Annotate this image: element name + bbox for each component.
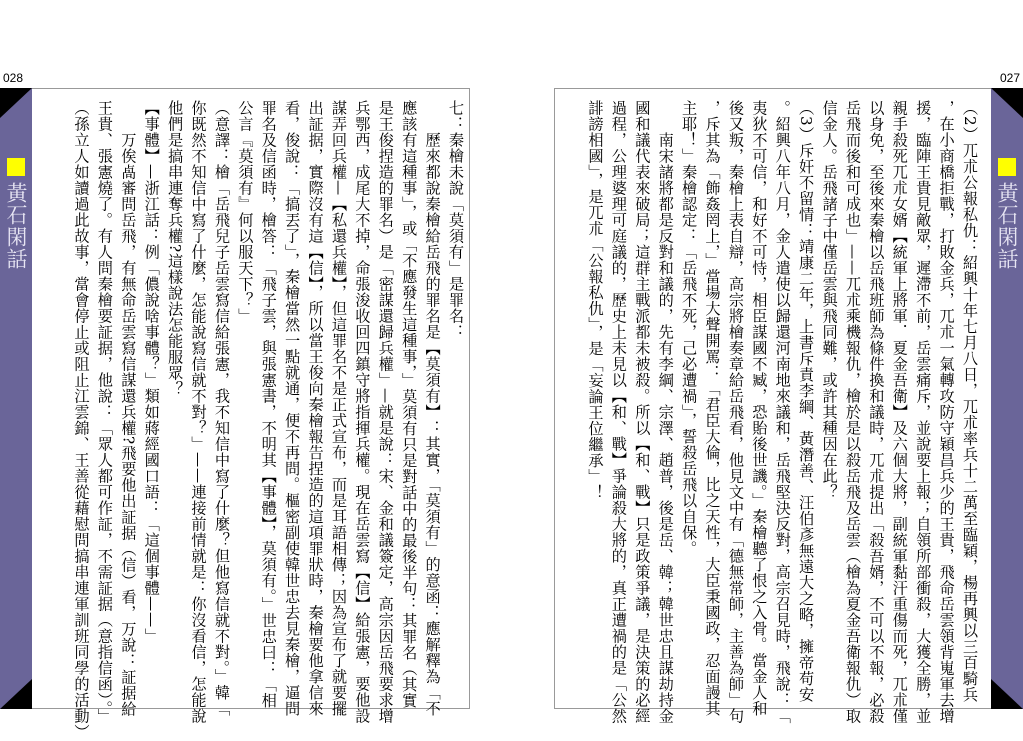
chapter-band-left: 黃石閑話 xyxy=(0,88,32,709)
left-page-text: 七：秦檜未說「莫須有」是罪名： 歷來都說秦檜給岳飛的罪名是【莫須有】：其實，「莫… xyxy=(69,100,467,705)
corner-triangle-bottom xyxy=(0,679,32,709)
yellow-square-icon xyxy=(998,158,1016,176)
text-column: 王貴、張憲燒了。有人問秦檜要証据，他說：「眾人都可作証，不需証据（意指信函）。」 xyxy=(93,100,116,705)
text-column: 南宋諸將都是反對和議的，先有李綱、宗澤、趙普，後是岳、韓；韓世忠且謀劫持金 xyxy=(653,100,676,705)
text-column: 國和議代表來破局；這群主戰派都未被殺。所以【和、戰】只是政策爭議，是決策的必經 xyxy=(630,100,653,705)
text-column: 夷狄不可信，和好不可恃，相臣謀國不臧，恐貽後世譏。」秦檜聽了恨之入骨。當金人和 xyxy=(747,100,770,705)
band-title-left: 黃石閑話 xyxy=(0,182,32,270)
text-column: 看，俊說：「搞丟了」，秦檜當然一點就通，便不再問。樞密副使韓世忠去見秦檜，逼問 xyxy=(280,100,303,705)
text-column: 歷來都說秦檜給岳飛的罪名是【莫須有】：其實，「莫須有」的意函：應解釋為「不 xyxy=(420,100,443,705)
yellow-square-icon xyxy=(7,158,25,176)
text-column: 出証据，實際沒有這【信】，所以當王俊向秦檜報告捏造的這項罪狀時，秦檜要他拿信來 xyxy=(303,100,326,705)
corner-triangle-top xyxy=(0,88,32,118)
text-column: 援，臨陣王貴見敵眾，遲滯不前，岳雲痛斥，並說要上報；自領所部衝殺，大獲全勝，並 xyxy=(911,100,934,705)
text-column: 以身免，至後來秦檜以岳飛班師為條件換和議時，兀朮提出「殺吾婿，不可以不報，必殺 xyxy=(864,100,887,705)
text-column: 過程，公理婆理可庭議的，歷史上未見以【和、戰】爭論殺大將的，真正遭禍的是「公然 xyxy=(607,100,630,705)
text-column: ，在小商橋拒戰，打敗金兵，兀朮一氣轉攻防守穎昌兵少的王貴，飛命岳雲領背嵬軍去增 xyxy=(934,100,957,705)
text-column: 他們是搞串連奪兵權?這樣說法怎能服眾？ xyxy=(163,100,186,705)
band-title-right: 黃石閑話 xyxy=(991,182,1023,270)
right-page-text: （2）兀朮公報私仇：紹興十年七月八日，兀朮率兵十二萬至臨穎，楊再興以三百騎兵，在… xyxy=(583,100,981,705)
text-column: 兵鄂西，成尾大不掉，命張浚收回四鎮守將指揮兵權。現在岳雲寫【信】給張憲，要他設 xyxy=(350,100,373,705)
text-column: 謀弄回兵權—【私還兵權】，但這罪名不是正式宣布，而是耳語相傳；因為宣布了就要擺 xyxy=(327,100,350,705)
text-column: 親手殺死兀朮女婿【統軍上將軍．夏金吾衛】及六個大將，副統軍黏汗重傷而死，兀朮僅 xyxy=(887,100,910,705)
chapter-band-right: 黃石閑話 xyxy=(991,88,1023,709)
text-column: 主耶！」秦檜認定：「岳飛不死，己必遭禍」，誓殺岳飛以自保。 xyxy=(677,100,700,705)
corner-triangle-top xyxy=(991,88,1023,118)
text-column: 你既然不知信中寫了什麼，怎能說寫信就不對？」——連接前情就是：你沒看信，怎能說 xyxy=(186,100,209,705)
text-column: 七：秦檜未說「莫須有」是罪名： xyxy=(444,100,467,705)
text-column: 信金人。岳飛諸子中僅岳雲與飛同難，或許其種因在此？ xyxy=(817,100,840,705)
text-column: ，斥其為「飾姦罔上，」當場大聲開罵：「君臣大倫，比之天性，大臣秉國政，忍面謾其 xyxy=(700,100,723,705)
text-column: 應該有這種事」，或「不應發生這種事，」莫須有只是對話中的最後半句：其罪名（其實 xyxy=(397,100,420,705)
text-column: 万俟卨審問岳飛，有無命岳雲寫信謀還兵權?飛要他出証据（信）看，万說：証据給 xyxy=(116,100,139,705)
corner-triangle-bottom xyxy=(991,679,1023,709)
text-column: 罪名及信函時，檜答：「飛子雲，與張憲書，不明其【事體】，莫須有。」世忠曰：「相 xyxy=(256,100,279,705)
text-column: 後又叛，秦檜上表自辯，高宗將檜奏章給岳飛看，他見文中有「德無常師，主善為師」句 xyxy=(724,100,747,705)
text-column: 岳飛而後和可成也」——兀朮乘機報仇，檜於是以殺岳飛及岳雲（檜為夏金吾衛報仇）取 xyxy=(841,100,864,705)
page-number-right: 027 xyxy=(1000,71,1020,85)
text-column: （2）兀朮公報私仇：紹興十年七月八日，兀朮率兵十二萬至臨穎，楊再興以三百騎兵 xyxy=(958,100,981,705)
text-column: （孫立人如讀過此故事，當會停止或阻止江雲錦、王善從藉慰問搞串連軍訓班同學的活動） xyxy=(69,100,92,705)
text-column: （意譯：檜「岳飛兒子岳雲寫信給張憲，我不知信中寫了什麼？但他寫信就不對。」韓「 xyxy=(210,100,233,705)
text-column: （3）斥奸不留情：靖康二年，上書斥責李綱、黃潛善、汪伯彥無遠大之略，擁帝苟安 xyxy=(794,100,817,705)
text-column: 。紹興八年八月，金人遣使以歸還河南地來議和，岳飛堅決反對，高宗召見時，飛說：「 xyxy=(770,100,793,705)
text-column: 【事體】—浙江話：例「儂說啥事體？」類如蔣經國口語：「這個事體——」 xyxy=(139,100,162,705)
page-number-left: 028 xyxy=(3,71,23,85)
text-column: 誹謗相國」，是兀朮「公報私仇」，是「妄論王位繼承」！ xyxy=(583,100,606,705)
text-column: 公言『莫須有』何以服天下？」 xyxy=(233,100,256,705)
text-column: 是王俊捏造的罪名）是「密謀還歸兵權」—就是說：宋、金和議簽定，高宗因岳飛要求增 xyxy=(373,100,396,705)
